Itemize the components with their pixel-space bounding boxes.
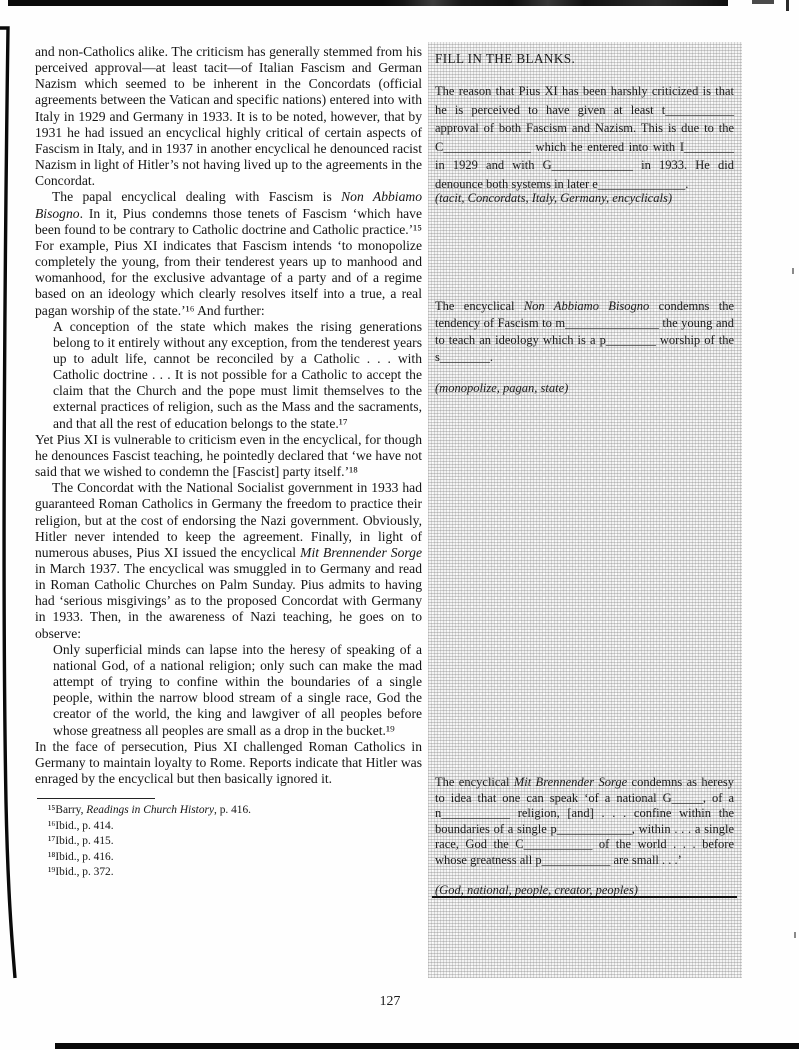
scan-speck: [794, 932, 796, 938]
main-text-column: and non-Catholics alike. The criticism h…: [35, 44, 422, 881]
body-paragraph: The papal encyclical dealing with Fascis…: [35, 189, 422, 318]
scan-bottom-edge-bar: [55, 1043, 799, 1049]
fill-in-blanks-panel: FILL IN THE BLANKS. The reason that Pius…: [428, 42, 742, 978]
block-quote: Only superficial minds can lapse into th…: [53, 642, 422, 739]
panel-title: FILL IN THE BLANKS.: [435, 51, 734, 67]
panel-bottom-rule: [432, 896, 737, 898]
scan-speck: [792, 268, 794, 274]
scan-corner-tick: [786, 0, 789, 11]
scan-top-edge-bar: [8, 0, 728, 6]
answer-key-1: (tacit, Concordats, Italy, Germany, ency…: [435, 190, 734, 206]
body-paragraph: The Concordat with the National Socialis…: [35, 480, 422, 642]
scanned-document-page: and non-Catholics alike. The criticism h…: [0, 0, 799, 1050]
footnote: ¹⁷Ibid., p. 415.: [35, 834, 422, 850]
exercise-3: The encyclical Mit Brennender Sorge cond…: [435, 775, 734, 869]
exercise-2: The encyclical Non Abbiamo Bisogno conde…: [435, 298, 734, 366]
exercise-1: The reason that Pius XI has been harshly…: [435, 82, 734, 194]
footnote: ¹⁸Ibid., p. 416.: [35, 850, 422, 866]
answer-key-2: (monopolize, pagan, state): [435, 380, 734, 396]
footnote: ¹⁵Barry, Readings in Church History, p. …: [35, 803, 422, 819]
footnote-block: ¹⁵Barry, Readings in Church History, p. …: [35, 803, 422, 881]
page-number: 127: [0, 993, 780, 1009]
footnote: ¹⁹Ibid., p. 372.: [35, 865, 422, 881]
body-paragraph: and non-Catholics alike. The criticism h…: [35, 44, 422, 189]
scan-left-edge-line: [0, 22, 22, 1002]
footnote-rule: [37, 798, 155, 799]
body-paragraph: In the face of persecution, Pius XI chal…: [35, 739, 422, 787]
scan-top-edge-fragment: [752, 0, 774, 4]
body-paragraph: Yet Pius XI is vulnerable to criticism e…: [35, 432, 422, 480]
block-quote: A conception of the state which makes th…: [53, 319, 422, 432]
footnote: ¹⁶Ibid., p. 414.: [35, 819, 422, 835]
